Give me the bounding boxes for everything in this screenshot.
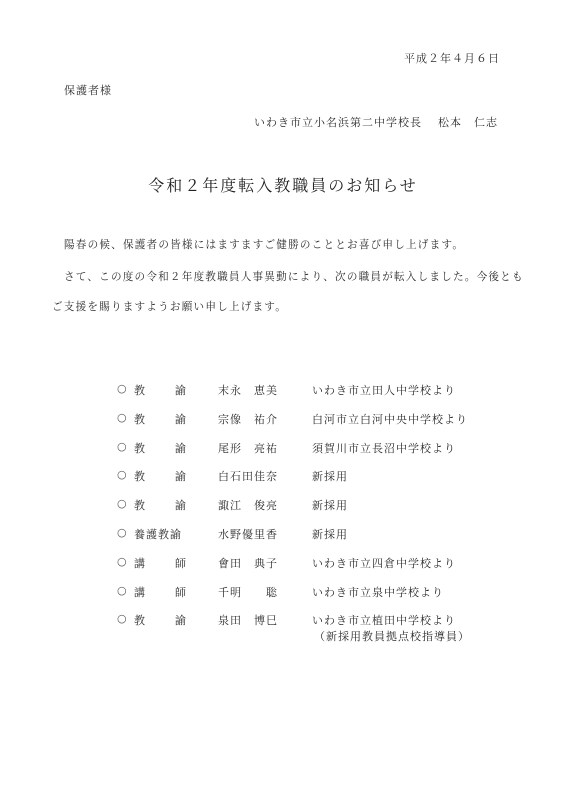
staff-row: ○ 講師 千明 聡 いわき市立泉中学校より <box>114 584 514 613</box>
staff-row: ○ 教諭 泉田 博巳 いわき市立植田中学校より （新採用教員拠点校指導員） <box>114 612 514 641</box>
staff-row: ○ 養護教諭 水野優里香 新採用 <box>114 526 514 555</box>
staff-row: ○ 教諭 宗像 祐介 白河市立白河中央中学校より <box>114 411 514 440</box>
document-date: 平成２年４月６日 <box>404 50 500 66</box>
staff-name: 千明 聡 <box>218 584 278 600</box>
addressee: 保護者様 <box>64 82 112 98</box>
staff-name: 白石田佳奈 <box>218 468 278 484</box>
staff-position: 教諭 <box>134 440 216 456</box>
document-title: 令和２年度転入教職員のお知らせ <box>0 173 566 196</box>
greeting-paragraph: 陽春の候、保護者の皆様にはますますご健勝のこととお喜び申し上げます。 <box>64 237 464 252</box>
staff-row: ○ 教諭 尾形 亮祐 須賀川市立長沼中学校より <box>114 440 514 469</box>
staff-origin: 新採用 <box>312 468 348 484</box>
staff-origin: いわき市立四倉中学校より <box>312 555 456 571</box>
staff-position: 養護教諭 <box>134 526 182 542</box>
staff-name: 末永 恵美 <box>218 382 278 398</box>
staff-origin: いわき市立泉中学校より <box>312 584 444 600</box>
staff-row: ○ 教諭 末永 恵美 いわき市立田人中学校より <box>114 382 514 411</box>
announcement-paragraph-line2: ご支援を賜りますようお願い申し上げます。 <box>52 299 287 314</box>
staff-origin: 須賀川市立長沼中学校より <box>312 440 456 456</box>
staff-name: 諏江 俊亮 <box>218 497 278 513</box>
staff-position: 教諭 <box>134 382 216 398</box>
circle-bullet-icon: ○ <box>117 468 128 481</box>
staff-origin: いわき市立田人中学校より <box>312 382 456 398</box>
staff-row: ○ 教諭 白石田佳奈 新採用 <box>114 468 514 497</box>
staff-position: 教諭 <box>134 612 216 628</box>
staff-position: 教諭 <box>134 411 216 427</box>
staff-origin: 白河市立白河中央中学校より <box>312 411 468 427</box>
staff-origin: いわき市立植田中学校より <box>312 612 456 628</box>
circle-bullet-icon: ○ <box>117 584 128 597</box>
staff-name: 宗像 祐介 <box>218 411 278 427</box>
circle-bullet-icon: ○ <box>117 411 128 424</box>
circle-bullet-icon: ○ <box>117 382 128 395</box>
circle-bullet-icon: ○ <box>117 440 128 453</box>
staff-position: 講師 <box>134 555 216 571</box>
sender-organization: いわき市立小名浜第二中学校長 <box>254 116 422 129</box>
staff-position: 教諭 <box>134 497 216 513</box>
circle-bullet-icon: ○ <box>117 555 128 568</box>
circle-bullet-icon: ○ <box>117 612 128 625</box>
staff-note: （新採用教員拠点校指導員） <box>314 628 470 644</box>
circle-bullet-icon: ○ <box>117 526 128 539</box>
staff-name: 泉田 博巳 <box>218 612 278 628</box>
staff-row: ○ 教諭 諏江 俊亮 新採用 <box>114 497 514 526</box>
staff-position: 講師 <box>134 584 216 600</box>
sender: いわき市立小名浜第二中学校長松本 仁志 <box>254 114 498 130</box>
announcement-paragraph-line1: さて、この度の令和２年度教職員人事異動により、次の職員が転入しました。今後とも <box>64 269 524 284</box>
staff-origin: 新採用 <box>312 526 348 542</box>
staff-name: 水野優里香 <box>218 526 278 542</box>
staff-name: 會田 典子 <box>218 555 278 571</box>
circle-bullet-icon: ○ <box>117 497 128 510</box>
staff-position: 教諭 <box>134 468 216 484</box>
staff-row: ○ 講師 會田 典子 いわき市立四倉中学校より <box>114 555 514 584</box>
staff-list: ○ 教諭 末永 恵美 いわき市立田人中学校より ○ 教諭 宗像 祐介 白河市立白… <box>114 382 514 641</box>
staff-name: 尾形 亮祐 <box>218 440 278 456</box>
staff-origin: 新採用 <box>312 497 348 513</box>
sender-name: 松本 仁志 <box>438 116 498 129</box>
